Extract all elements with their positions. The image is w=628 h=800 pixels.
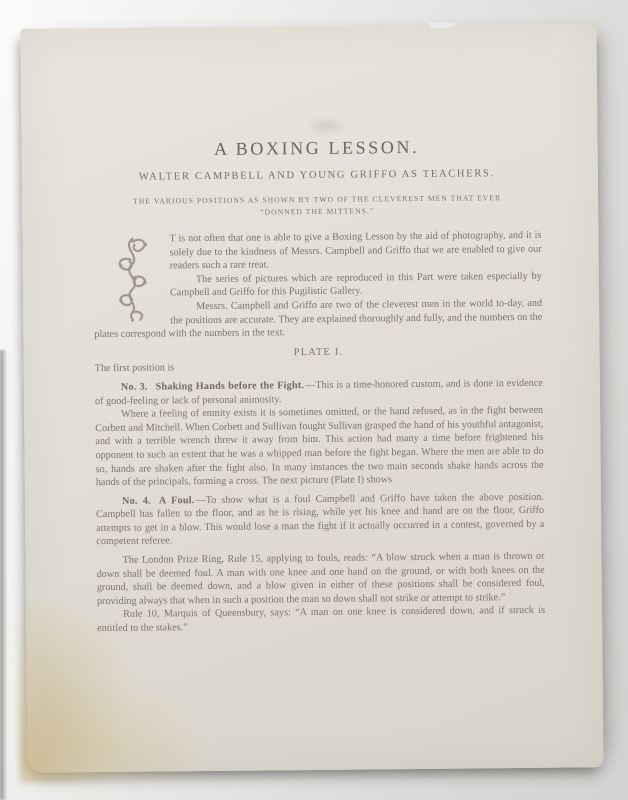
- page-content: A BOXING LESSON. WALTER CAMPBELL AND YOU…: [91, 24, 545, 636]
- body-text: T is not often that one is able to give …: [93, 229, 545, 636]
- intro-paragraph: The series of pictures which are reprodu…: [94, 270, 542, 301]
- body-paragraph-enmity: Where a feeling of enmity exists it is s…: [95, 404, 544, 490]
- intro-paragraph-text: T is not often that one is able to give …: [169, 230, 541, 272]
- backdrop-shadow: [0, 350, 7, 800]
- plate-lead-in: The first position is: [95, 358, 543, 376]
- entry-number: No. 4.: [122, 495, 151, 506]
- decorative-initial-icon: [107, 235, 158, 321]
- entry-paragraph-no-4: No. 4.A Foul.—To show what is a foul Cam…: [96, 490, 545, 549]
- body-paragraph-queensbury: Rule 10, Marquis of Queensbury, says: “A…: [97, 604, 545, 635]
- document-page: A BOXING LESSON. WALTER CAMPBELL AND YOU…: [20, 23, 603, 772]
- photo-background: A BOXING LESSON. WALTER CAMPBELL AND YOU…: [0, 0, 628, 800]
- intro-paragraph: Messrs. Campbell and Griffo are two of t…: [94, 297, 542, 342]
- page-title: A BOXING LESSON.: [93, 136, 541, 161]
- entry-paragraph-no-3: No. 3.Shaking Hands before the Fight.—Th…: [95, 377, 543, 408]
- body-paragraph-london-rules: The London Prize Ring, Rule 15, applying…: [96, 550, 545, 609]
- entry-lead: No. 4.A Foul.: [122, 495, 196, 507]
- tagline: THE VARIOUS POSITIONS AS SHOWN BY TWO OF…: [93, 192, 541, 220]
- entry-title: Shaking Hands before the Fight.: [156, 380, 305, 392]
- entry-title: A Foul.: [159, 495, 195, 506]
- page-subtitle: WALTER CAMPBELL AND YOUNG GRIFFO AS TEAC…: [93, 168, 541, 183]
- entry-number: No. 3.: [121, 382, 148, 393]
- intro-paragraph: T is not often that one is able to give …: [93, 229, 541, 274]
- entry-lead: No. 3.Shaking Hands before the Fight.: [121, 380, 305, 393]
